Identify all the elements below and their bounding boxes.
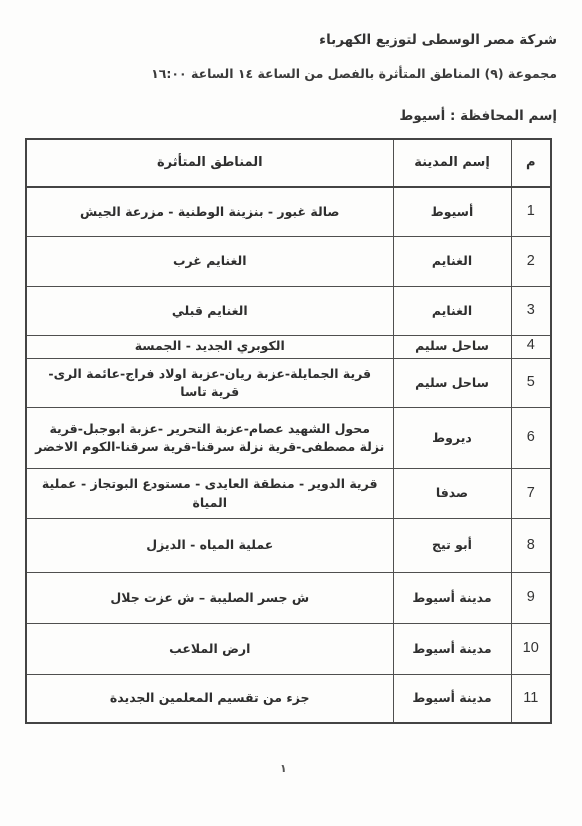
- table-row: 10 مدينة أسيوط ارض الملاعب: [26, 624, 551, 675]
- cell-num: 8: [511, 519, 551, 573]
- cell-num: 6: [511, 408, 551, 469]
- col-header-areas: المناطق المتأثرة: [26, 139, 393, 187]
- cell-city: مدينة أسيوط: [393, 573, 511, 624]
- table-row: 2 الغنايم الغنايم غرب: [26, 237, 551, 287]
- cell-city: ديروط: [393, 408, 511, 469]
- cell-city: أسيوط: [393, 187, 511, 237]
- cell-city: مدينة أسيوط: [393, 675, 511, 724]
- table-row: 9 مدينة أسيوط ش جسر الصليبة – ش عزت جلال: [26, 573, 551, 624]
- cell-areas: جزء من تقسيم المعلمين الجديدة: [26, 675, 393, 724]
- table-row: 7 صدفا قرية الدوير - منطقة العايدى - مست…: [26, 469, 551, 519]
- cell-city: ساحل سليم: [393, 336, 511, 359]
- col-header-num: م: [511, 139, 551, 187]
- cell-areas: قرية الجمايلة-عزبة ريان-عزبة اولاد فراج-…: [26, 359, 393, 408]
- cell-num: 1: [511, 187, 551, 237]
- cell-num: 7: [511, 469, 551, 519]
- cell-areas: ش جسر الصليبة – ش عزت جلال: [26, 573, 393, 624]
- cell-num: 4: [511, 336, 551, 359]
- table-row: 8 أبو تيج عملية المياه - الديزل: [26, 519, 551, 573]
- cell-city: ساحل سليم: [393, 359, 511, 408]
- cell-num: 2: [511, 237, 551, 287]
- cell-num: 3: [511, 287, 551, 336]
- cell-city: أبو تيج: [393, 519, 511, 573]
- table-row: 6 ديروط محول الشهيد عصام-عزبة التحرير -ع…: [26, 408, 551, 469]
- cell-num: 10: [511, 624, 551, 675]
- table-row: 11 مدينة أسيوط جزء من تقسيم المعلمين الج…: [26, 675, 551, 724]
- company-title: شركة مصر الوسطى لتوزيع الكهرباء: [319, 32, 557, 48]
- cell-areas: الكوبري الجديد - الجمسة: [26, 336, 393, 359]
- affected-areas-table: م إسم المدينة المناطق المتأثرة 1 أسيوط ص…: [25, 138, 552, 724]
- cell-num: 11: [511, 675, 551, 724]
- cell-areas: قرية الدوير - منطقة العايدى - مستودع الب…: [26, 469, 393, 519]
- table-row: 1 أسيوط صالة غبور - بنزينة الوطنية - مزر…: [26, 187, 551, 237]
- table-header-row: م إسم المدينة المناطق المتأثرة: [26, 139, 551, 187]
- cell-areas: الغنايم قبلي: [26, 287, 393, 336]
- cell-areas: صالة غبور - بنزينة الوطنية - مزرعة الجيش: [26, 187, 393, 237]
- page-number: ١: [280, 762, 287, 775]
- cell-city: الغنايم: [393, 237, 511, 287]
- cell-areas: ارض الملاعب: [26, 624, 393, 675]
- table-row: 4 ساحل سليم الكوبري الجديد - الجمسة: [26, 336, 551, 359]
- cell-num: 9: [511, 573, 551, 624]
- group-outage-subtitle: مجموعة (٩) المناطق المتأثرة بالفصل من ال…: [151, 66, 557, 81]
- cell-city: مدينة أسيوط: [393, 624, 511, 675]
- col-header-city: إسم المدينة: [393, 139, 511, 187]
- table-row: 5 ساحل سليم قرية الجمايلة-عزبة ريان-عزبة…: [26, 359, 551, 408]
- cell-areas: الغنايم غرب: [26, 237, 393, 287]
- cell-areas: عملية المياه - الديزل: [26, 519, 393, 573]
- governorate-label: إسم المحافظة : أسيوط: [399, 108, 557, 124]
- document-page: شركة مصر الوسطى لتوزيع الكهرباء مجموعة (…: [0, 0, 582, 826]
- cell-city: الغنايم: [393, 287, 511, 336]
- cell-num: 5: [511, 359, 551, 408]
- cell-city: صدفا: [393, 469, 511, 519]
- table-row: 3 الغنايم الغنايم قبلي: [26, 287, 551, 336]
- cell-areas: محول الشهيد عصام-عزبة التحرير -عزبة ابوج…: [26, 408, 393, 469]
